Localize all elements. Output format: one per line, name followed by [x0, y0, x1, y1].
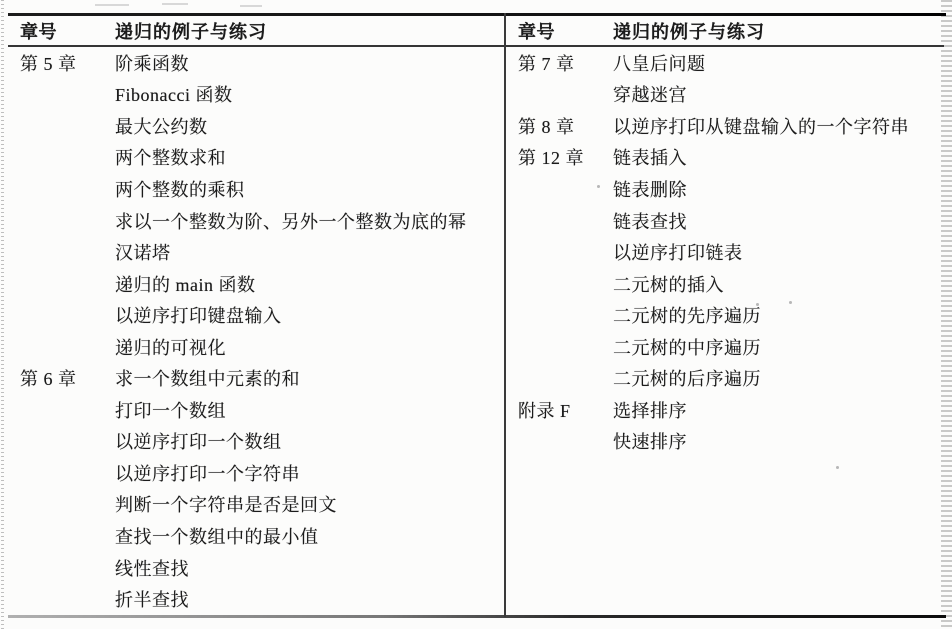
chapter-cell: 附录 F	[506, 397, 613, 423]
table-row: 快速排序	[506, 426, 944, 458]
scan-speck	[836, 466, 839, 469]
scan-dash-artifact	[162, 3, 188, 5]
example-cell: 以逆序打印一个数组	[115, 428, 504, 454]
example-cell: 二元树的中序遍历	[613, 334, 944, 360]
example-cell: 汉诺塔	[115, 239, 504, 265]
example-cell: 二元树的插入	[613, 271, 944, 297]
table-bottom-rule	[8, 615, 946, 618]
table-row: 二元树的后序遍历	[506, 362, 944, 394]
table-right-panel: 章号 递归的例子与练习 第 7 章八皇后问题穿越迷宫第 8 章以逆序打印从键盘输…	[506, 16, 944, 457]
table-row: 以逆序打印一个数组	[8, 426, 504, 458]
table-row: 第 12 章链表插入	[506, 142, 944, 174]
example-cell: 以逆序打印键盘输入	[115, 302, 504, 328]
example-cell: 查找一个数组中的最小值	[115, 523, 504, 549]
table-row: 以逆序打印键盘输入	[8, 299, 504, 331]
examples-column-header: 递归的例子与练习	[115, 18, 504, 44]
example-cell: 递归的可视化	[115, 334, 504, 360]
table-right-body: 第 7 章八皇后问题穿越迷宫第 8 章以逆序打印从键盘输入的一个字符串第 12 …	[506, 47, 944, 457]
chapter-column-header: 章号	[506, 18, 613, 44]
example-cell: 求以一个整数为阶、另外一个整数为底的幂	[115, 208, 504, 234]
table-row: 两个整数求和	[8, 142, 504, 174]
scan-perforation-left	[1, 0, 4, 629]
example-cell: 两个整数的乘积	[115, 176, 504, 202]
example-cell: 递归的 main 函数	[115, 271, 504, 297]
table-row: 查找一个数组中的最小值	[8, 520, 504, 552]
table-row: 求以一个整数为阶、另外一个整数为底的幂	[8, 205, 504, 237]
example-cell: 链表查找	[613, 208, 944, 234]
example-cell: 折半查找	[115, 586, 504, 612]
table-row: 二元树的先序遍历	[506, 299, 944, 331]
examples-column-header: 递归的例子与练习	[613, 18, 944, 44]
table-row: 打印一个数组	[8, 394, 504, 426]
example-cell: 以逆序打印一个字符串	[115, 460, 504, 486]
example-cell: 最大公约数	[115, 113, 504, 139]
table-row: 线性查找	[8, 552, 504, 584]
table-row: 递归的 main 函数	[8, 268, 504, 300]
scanned-page: 章号 递归的例子与练习 第 5 章阶乘函数Fibonacci 函数最大公约数两个…	[0, 0, 952, 629]
example-cell: 链表插入	[613, 144, 944, 170]
table-left-body: 第 5 章阶乘函数Fibonacci 函数最大公约数两个整数求和两个整数的乘积求…	[8, 47, 504, 615]
table-row: 链表删除	[506, 173, 944, 205]
table-row: 二元树的中序遍历	[506, 331, 944, 363]
chapter-column-header: 章号	[8, 18, 115, 44]
table-row: 两个整数的乘积	[8, 173, 504, 205]
table-row: 第 5 章阶乘函数	[8, 47, 504, 79]
table-row: 第 6 章求一个数组中元素的和	[8, 362, 504, 394]
example-cell: 求一个数组中元素的和	[115, 365, 504, 391]
chapter-cell: 第 7 章	[506, 50, 613, 76]
example-cell: 快速排序	[613, 428, 944, 454]
table-left-panel: 章号 递归的例子与练习 第 5 章阶乘函数Fibonacci 函数最大公约数两个…	[8, 16, 504, 615]
chapter-cell: 第 8 章	[506, 113, 613, 139]
example-cell: 八皇后问题	[613, 50, 944, 76]
table-row: 递归的可视化	[8, 331, 504, 363]
table-row: 附录 F选择排序	[506, 394, 944, 426]
scan-dash-artifact	[240, 5, 262, 7]
scan-dash-artifact	[95, 4, 129, 6]
example-cell: 选择排序	[613, 397, 944, 423]
example-cell: 以逆序打印从键盘输入的一个字符串	[613, 113, 944, 139]
table-row: 穿越迷宫	[506, 79, 944, 111]
table-row: 以逆序打印一个字符串	[8, 457, 504, 489]
chapter-cell: 第 5 章	[8, 50, 115, 76]
example-cell: 两个整数求和	[115, 144, 504, 170]
example-cell: Fibonacci 函数	[115, 81, 504, 107]
table-row: 链表查找	[506, 205, 944, 237]
table-row: 第 7 章八皇后问题	[506, 47, 944, 79]
table-row: 最大公约数	[8, 110, 504, 142]
chapter-cell: 第 6 章	[8, 365, 115, 391]
chapter-cell: 第 12 章	[506, 144, 613, 170]
example-cell: 以逆序打印链表	[613, 239, 944, 265]
table-row: 二元树的插入	[506, 268, 944, 300]
table-row: 判断一个字符串是否是回文	[8, 489, 504, 521]
example-cell: 二元树的后序遍历	[613, 365, 944, 391]
example-cell: 线性查找	[115, 555, 504, 581]
table-header-row: 章号 递归的例子与练习	[8, 16, 504, 47]
table-row: 折半查找	[8, 583, 504, 615]
example-cell: 判断一个字符串是否是回文	[115, 491, 504, 517]
example-cell: 穿越迷宫	[613, 81, 944, 107]
table-row: Fibonacci 函数	[8, 79, 504, 111]
example-cell: 链表删除	[613, 176, 944, 202]
table-row: 汉诺塔	[8, 236, 504, 268]
example-cell: 打印一个数组	[115, 397, 504, 423]
example-cell: 阶乘函数	[115, 50, 504, 76]
table-row: 以逆序打印链表	[506, 236, 944, 268]
example-cell: 二元树的先序遍历	[613, 302, 944, 328]
table-header-row: 章号 递归的例子与练习	[506, 16, 944, 47]
table-row: 第 8 章以逆序打印从键盘输入的一个字符串	[506, 110, 944, 142]
